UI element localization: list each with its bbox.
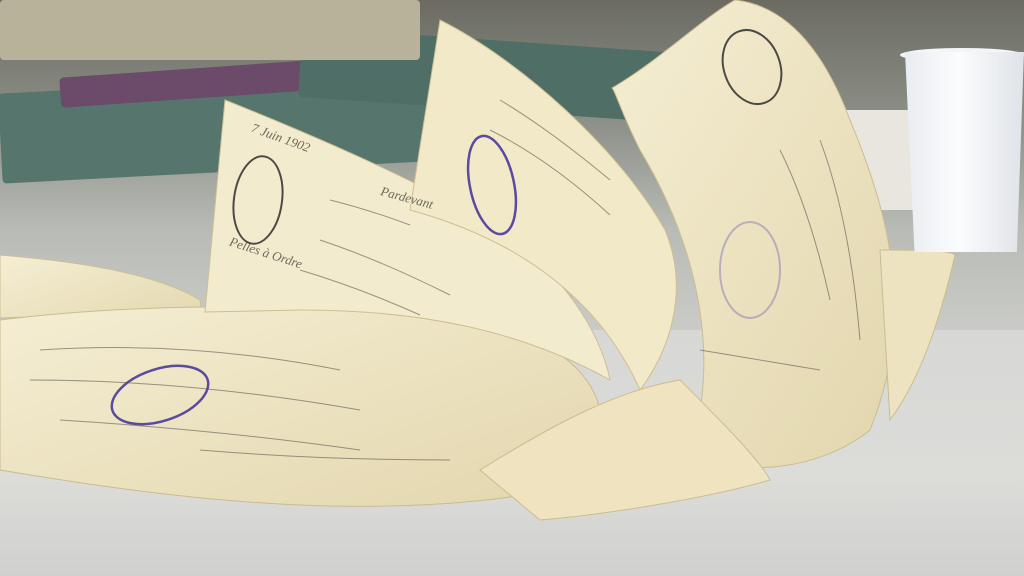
curled-documents — [0, 0, 1024, 576]
plastic-cup — [905, 52, 1024, 252]
photo-scene: 7 Juin 1902 Pelles à Ordre Pardevant — [0, 0, 1024, 576]
